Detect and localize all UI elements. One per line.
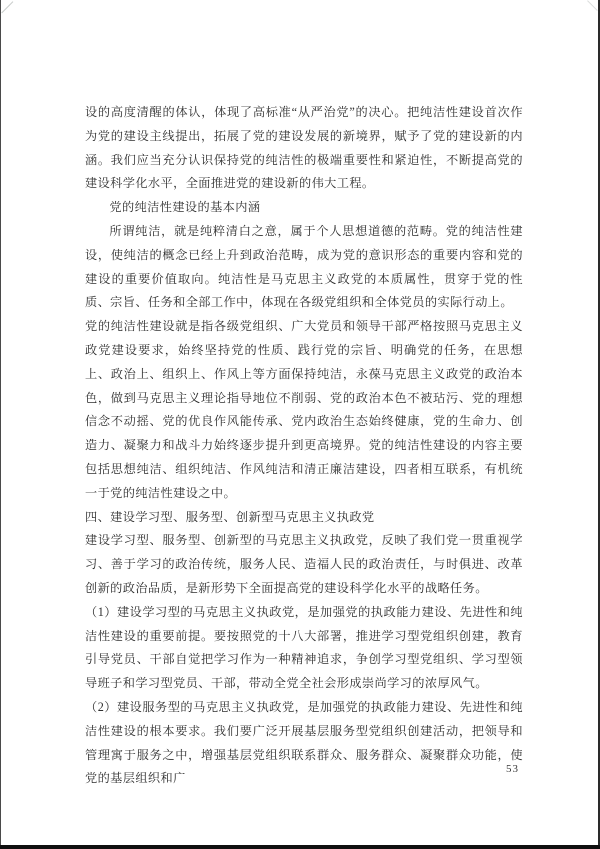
paragraph: （2）建设服务型的马克思主义执政党，是加强党的执政能力建设、先进性和纯洁性建设的… <box>85 696 523 791</box>
page-number: 53 <box>85 763 523 775</box>
paragraph: 所谓纯洁，就是纯粹清白之意，属于个人思想道德的范畴。党的纯洁性建设，使纯洁的概念… <box>85 220 523 315</box>
document-text-block: 设的高度清醒的体认，体现了高标准“从严治党”的决心。把纯洁性建设首次作为党的建设… <box>85 101 523 791</box>
paragraph: 党的纯洁性建设就是指各级党组织、广大党员和领导干部严格按照马克思主义政党建设要求… <box>85 315 523 505</box>
section-heading: 党的纯洁性建设的基本内涵 <box>85 196 523 220</box>
scan-corner-artifact-top-left <box>0 0 13 13</box>
paragraph: （1）建设学习型的马克思主义执政党，是加强党的执政能力建设、先进性和纯洁性建设的… <box>85 601 523 696</box>
scan-edge-bottom <box>0 845 600 849</box>
paragraph-continuation: 设的高度清醒的体认，体现了高标准“从严治党”的决心。把纯洁性建设首次作为党的建设… <box>85 101 523 196</box>
paragraph: 建设学习型、服务型、创新型的马克思主义执政党，反映了我们党一贯重视学习、善于学习… <box>85 529 523 600</box>
scanned-document-page: 设的高度清醒的体认，体现了高标准“从严治党”的决心。把纯洁性建设首次作为党的建设… <box>0 0 600 849</box>
scan-edge-left <box>0 0 1 849</box>
chapter-heading: 四、建设学习型、服务型、创新型马克思主义执政党 <box>85 506 523 530</box>
